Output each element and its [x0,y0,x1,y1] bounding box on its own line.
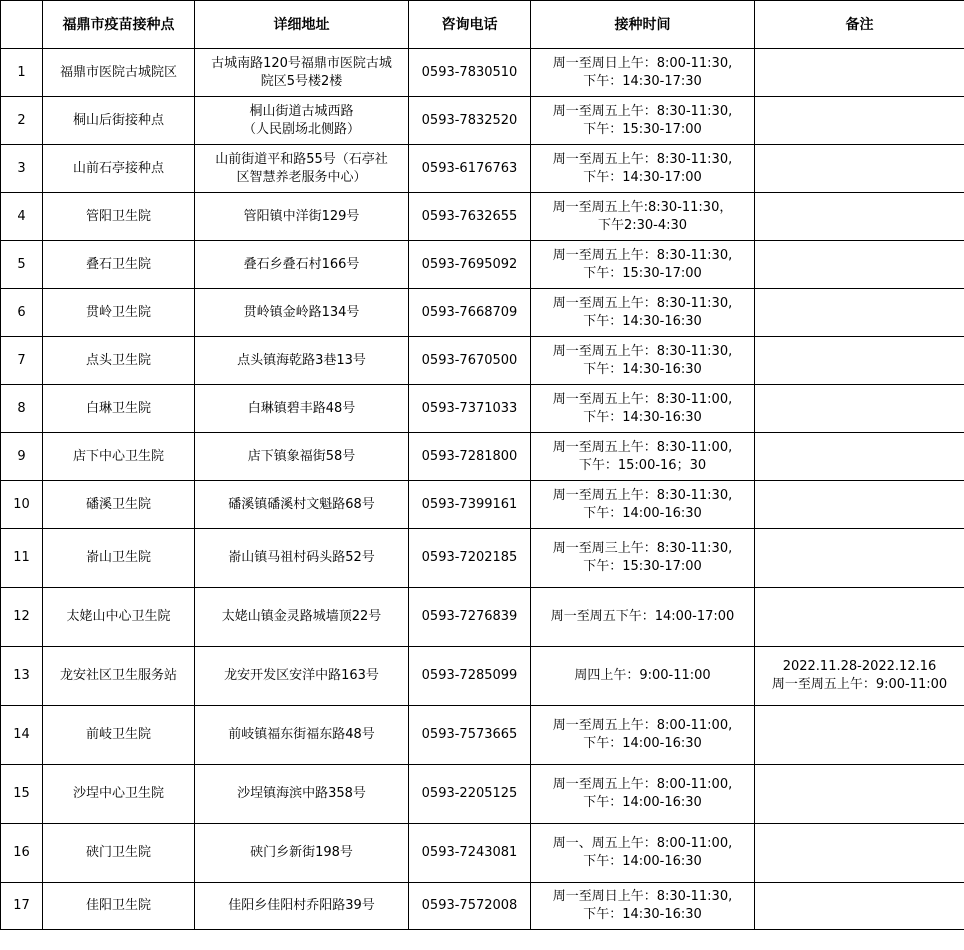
cell-time: 周一至周五上午：8:30-11:30,下午：14:30-16:30 [531,337,755,385]
cell-site: 管阳卫生院 [43,193,195,241]
cell-phone: 0593-7832520 [409,97,531,145]
cell-address-line-1: 桐山街道古城西路 [198,103,405,121]
cell-time: 周一至周五上午：8:30-11:00,下午：14:30-16:30 [531,385,755,433]
table-row: 13龙安社区卫生服务站龙安开发区安洋中路163号0593-7285099周四上午… [1,647,964,706]
cell-time: 周一至周五上午：8:30-11:30,下午：15:30-17:00 [531,241,755,289]
cell-address-line-1: 太姥山镇金灵路城墙顶22号 [198,608,405,626]
cell-address: 点头镇海乾路3巷13号 [195,337,409,385]
table-row: 6贯岭卫生院贯岭镇金岭路134号0593-7668709周一至周五上午：8:30… [1,289,964,337]
cell-site: 桐山后街接种点 [43,97,195,145]
cell-phone-line-1: 0593-7285099 [412,667,527,685]
cell-phone-line-1: 0593-7281800 [412,448,527,466]
cell-phone: 0593-7399161 [409,481,531,529]
cell-address-line-1: 点头镇海乾路3巷13号 [198,352,405,370]
cell-address: 古城南路120号福鼎市医院古城院区5号楼2楼 [195,49,409,97]
cell-index: 8 [1,385,43,433]
cell-address-line-1: 嵛山镇马祖村码头路52号 [198,549,405,567]
cell-note [755,145,964,193]
cell-index: 15 [1,765,43,824]
cell-site-line-1: 桐山后街接种点 [46,112,191,130]
cell-site-line-1: 点头卫生院 [46,352,191,370]
header-index [1,1,43,49]
cell-index-line-1: 7 [4,352,39,370]
cell-address-line-2: 区智慧养老服务中心） [198,169,405,187]
cell-note [755,883,964,930]
cell-index: 16 [1,824,43,883]
cell-address-line-1: 沙埕镇海滨中路358号 [198,785,405,803]
table-row: 8白琳卫生院白琳镇碧丰路48号0593-7371033周一至周五上午：8:30-… [1,385,964,433]
cell-phone-line-1: 0593-7573665 [412,726,527,744]
cell-index: 17 [1,883,43,930]
cell-time-line-1: 周一至周五上午：8:30-11:30, [534,343,751,361]
cell-index-line-1: 10 [4,496,39,514]
cell-index: 4 [1,193,43,241]
cell-index: 2 [1,97,43,145]
table-row: 2桐山后街接种点桐山街道古城西路（人民剧场北侧路）0593-7832520周一至… [1,97,964,145]
cell-phone-line-1: 0593-7830510 [412,64,527,82]
cell-site-line-1: 叠石卫生院 [46,256,191,274]
cell-address: 龙安开发区安洋中路163号 [195,647,409,706]
table-row: 10磻溪卫生院磻溪镇磻溪村文魁路68号0593-7399161周一至周五上午：8… [1,481,964,529]
cell-phone: 0593-6176763 [409,145,531,193]
table-row: 3山前石亭接种点山前街道平和路55号（石亭社区智慧养老服务中心）0593-617… [1,145,964,193]
cell-note [755,289,964,337]
cell-site-line-1: 山前石亭接种点 [46,160,191,178]
cell-address: 硖门乡新街198号 [195,824,409,883]
cell-time: 周一、周五上午：8:00-11:00,下午：14:00-16:30 [531,824,755,883]
cell-time-line-1: 周一至周五上午：8:30-11:30, [534,295,751,313]
cell-time: 周一至周五上午：8:00-11:00,下午：14:00-16:30 [531,765,755,824]
header-time: 接种时间 [531,1,755,49]
cell-note [755,765,964,824]
cell-site-line-1: 白琳卫生院 [46,400,191,418]
cell-note [755,97,964,145]
table-body: 1福鼎市医院古城院区古城南路120号福鼎市医院古城院区5号楼2楼0593-783… [1,49,964,930]
cell-phone: 0593-7202185 [409,529,531,588]
cell-time-line-1: 周一、周五上午：8:00-11:00, [534,835,751,853]
cell-site-line-1: 嵛山卫生院 [46,549,191,567]
table-row: 7点头卫生院点头镇海乾路3巷13号0593-7670500周一至周五上午：8:3… [1,337,964,385]
cell-site: 磻溪卫生院 [43,481,195,529]
cell-time: 周一至周五上午:8:30-11:30，下午2:30-4:30 [531,193,755,241]
cell-phone-line-1: 0593-7668709 [412,304,527,322]
cell-time-line-2: 下午：15:30-17:00 [534,121,751,139]
cell-phone-line-1: 0593-7670500 [412,352,527,370]
cell-index-line-1: 13 [4,667,39,685]
cell-index-line-1: 3 [4,160,39,178]
cell-address-line-2: 院区5号楼2楼 [198,73,405,91]
table-row: 1福鼎市医院古城院区古城南路120号福鼎市医院古城院区5号楼2楼0593-783… [1,49,964,97]
cell-phone-line-1: 0593-7572008 [412,897,527,915]
cell-index: 9 [1,433,43,481]
cell-site-line-1: 龙安社区卫生服务站 [46,667,191,685]
cell-site-line-1: 管阳卫生院 [46,208,191,226]
cell-time-line-1: 周一至周日上午：8:30-11:30, [534,888,751,906]
cell-time-line-1: 周一至周五上午：8:30-11:30, [534,487,751,505]
cell-phone: 0593-7285099 [409,647,531,706]
cell-time-line-2: 下午：14:30-16:30 [534,313,751,331]
cell-note [755,588,964,647]
vaccination-sites-table: 福鼎市疫苗接种点 详细地址 咨询电话 接种时间 备注 1福鼎市医院古城院区古城南… [0,0,964,930]
cell-time-line-2: 下午：14:00-16:30 [534,505,751,523]
cell-site: 贯岭卫生院 [43,289,195,337]
table-row: 9店下中心卫生院店下镇象福街58号0593-7281800周一至周五上午：8:3… [1,433,964,481]
cell-address: 太姥山镇金灵路城墙顶22号 [195,588,409,647]
cell-address-line-2: （人民剧场北侧路） [198,121,405,139]
cell-index-line-1: 9 [4,448,39,466]
cell-time: 周一至周日上午：8:00-11:30,下午：14:30-17:30 [531,49,755,97]
cell-site: 硖门卫生院 [43,824,195,883]
table-row: 5叠石卫生院叠石乡叠石村166号0593-7695092周一至周五上午：8:30… [1,241,964,289]
header-site: 福鼎市疫苗接种点 [43,1,195,49]
cell-index-line-1: 1 [4,64,39,82]
cell-phone-line-1: 0593-7202185 [412,549,527,567]
cell-site-line-1: 佳阳卫生院 [46,897,191,915]
cell-phone: 0593-7670500 [409,337,531,385]
cell-time-line-2: 下午：14:30-17:00 [534,169,751,187]
cell-site-line-1: 沙埕中心卫生院 [46,785,191,803]
cell-phone-line-1: 0593-7832520 [412,112,527,130]
cell-address-line-1: 贯岭镇金岭路134号 [198,304,405,322]
cell-address: 沙埕镇海滨中路358号 [195,765,409,824]
cell-index-line-1: 14 [4,726,39,744]
cell-time-line-2: 下午：14:30-17:30 [534,73,751,91]
cell-time-line-1: 周一至周日上午：8:00-11:30, [534,55,751,73]
cell-address: 白琳镇碧丰路48号 [195,385,409,433]
cell-time-line-1: 周一至周三上午：8:30-11:30, [534,540,751,558]
cell-index-line-1: 15 [4,785,39,803]
cell-site-line-1: 前岐卫生院 [46,726,191,744]
cell-time-line-2: 下午：14:00-16:30 [534,853,751,871]
cell-address-line-1: 管阳镇中洋街129号 [198,208,405,226]
table-row: 14前岐卫生院前岐镇福东街福东路48号0593-7573665周一至周五上午：8… [1,706,964,765]
header-phone: 咨询电话 [409,1,531,49]
cell-time-line-2: 下午：15:00-16；30 [534,457,751,475]
cell-time: 周一至周日上午：8:30-11:30,下午：14:30-16:30 [531,883,755,930]
cell-index: 6 [1,289,43,337]
cell-site: 店下中心卫生院 [43,433,195,481]
cell-address: 前岐镇福东街福东路48号 [195,706,409,765]
cell-note [755,529,964,588]
cell-note [755,481,964,529]
cell-address-line-1: 硖门乡新街198号 [198,844,405,862]
cell-address: 磻溪镇磻溪村文魁路68号 [195,481,409,529]
cell-address-line-1: 磻溪镇磻溪村文魁路68号 [198,496,405,514]
cell-index-line-1: 2 [4,112,39,130]
cell-note [755,433,964,481]
cell-address-line-1: 古城南路120号福鼎市医院古城 [198,55,405,73]
cell-site: 点头卫生院 [43,337,195,385]
cell-phone-line-1: 0593-7276839 [412,608,527,626]
cell-address-line-1: 店下镇象福街58号 [198,448,405,466]
header-note: 备注 [755,1,964,49]
cell-time-line-2: 下午：15:30-17:00 [534,558,751,576]
cell-phone: 0593-7668709 [409,289,531,337]
cell-address: 店下镇象福街58号 [195,433,409,481]
cell-site-line-1: 硖门卫生院 [46,844,191,862]
cell-note [755,49,964,97]
cell-time: 周一至周五上午：8:00-11:00,下午：14:00-16:30 [531,706,755,765]
cell-phone-line-1: 0593-7371033 [412,400,527,418]
cell-index: 5 [1,241,43,289]
cell-site: 白琳卫生院 [43,385,195,433]
cell-phone: 0593-7281800 [409,433,531,481]
cell-time-line-2: 下午：14:30-16:30 [534,906,751,924]
cell-site-line-1: 店下中心卫生院 [46,448,191,466]
cell-site: 沙埕中心卫生院 [43,765,195,824]
cell-time-line-1: 周四上午：9:00-11:00 [534,667,751,685]
cell-time-line-2: 下午：14:30-16:30 [534,361,751,379]
cell-index-line-1: 4 [4,208,39,226]
cell-index: 10 [1,481,43,529]
cell-site-line-1: 太姥山中心卫生院 [46,608,191,626]
cell-time-line-2: 下午2:30-4:30 [534,217,751,235]
cell-time-line-1: 周一至周五上午：8:30-11:30, [534,151,751,169]
cell-address-line-1: 佳阳乡佳阳村乔阳路39号 [198,897,405,915]
cell-phone-line-1: 0593-6176763 [412,160,527,178]
cell-index: 7 [1,337,43,385]
cell-site-line-1: 磻溪卫生院 [46,496,191,514]
cell-address: 嵛山镇马祖村码头路52号 [195,529,409,588]
cell-note [755,337,964,385]
cell-site: 叠石卫生院 [43,241,195,289]
cell-address: 佳阳乡佳阳村乔阳路39号 [195,883,409,930]
cell-index-line-1: 11 [4,549,39,567]
cell-time: 周一至周五下午：14:00-17:00 [531,588,755,647]
cell-phone-line-1: 0593-7695092 [412,256,527,274]
cell-phone-line-1: 0593-7632655 [412,208,527,226]
cell-site: 山前石亭接种点 [43,145,195,193]
cell-phone-line-1: 0593-7243081 [412,844,527,862]
cell-note: 2022.11.28-2022.12.16周一至周五上午：9:00-11:00 [755,647,964,706]
cell-note [755,824,964,883]
cell-note [755,385,964,433]
cell-site: 佳阳卫生院 [43,883,195,930]
cell-address-line-1: 前岐镇福东街福东路48号 [198,726,405,744]
cell-site-line-1: 贯岭卫生院 [46,304,191,322]
table-row: 12太姥山中心卫生院太姥山镇金灵路城墙顶22号0593-7276839周一至周五… [1,588,964,647]
cell-phone: 0593-7276839 [409,588,531,647]
cell-index: 12 [1,588,43,647]
cell-site: 龙安社区卫生服务站 [43,647,195,706]
cell-phone-line-1: 0593-2205125 [412,785,527,803]
cell-site: 福鼎市医院古城院区 [43,49,195,97]
cell-site: 嵛山卫生院 [43,529,195,588]
header-row: 福鼎市疫苗接种点 详细地址 咨询电话 接种时间 备注 [1,1,964,49]
cell-address: 山前街道平和路55号（石亭社区智慧养老服务中心） [195,145,409,193]
cell-address: 管阳镇中洋街129号 [195,193,409,241]
cell-address: 贯岭镇金岭路134号 [195,289,409,337]
cell-index-line-1: 5 [4,256,39,274]
cell-site: 太姥山中心卫生院 [43,588,195,647]
cell-time-line-1: 周一至周五上午：8:00-11:00, [534,776,751,794]
cell-time-line-1: 周一至周五上午：8:30-11:00, [534,391,751,409]
cell-note [755,193,964,241]
cell-phone: 0593-2205125 [409,765,531,824]
cell-time-line-2: 下午：15:30-17:00 [534,265,751,283]
cell-time-line-1: 周一至周五上午:8:30-11:30， [534,199,751,217]
cell-phone: 0593-7573665 [409,706,531,765]
cell-address: 桐山街道古城西路（人民剧场北侧路） [195,97,409,145]
header-address: 详细地址 [195,1,409,49]
cell-address-line-1: 山前街道平和路55号（石亭社 [198,151,405,169]
cell-note-line-2: 周一至周五上午：9:00-11:00 [758,676,961,694]
cell-address-line-1: 龙安开发区安洋中路163号 [198,667,405,685]
cell-phone: 0593-7830510 [409,49,531,97]
cell-time-line-2: 下午：14:00-16:30 [534,735,751,753]
cell-index: 14 [1,706,43,765]
cell-time-line-1: 周一至周五上午：8:30-11:30, [534,247,751,265]
cell-index-line-1: 12 [4,608,39,626]
cell-note [755,706,964,765]
cell-phone: 0593-7572008 [409,883,531,930]
cell-time-line-1: 周一至周五上午：8:30-11:30, [534,103,751,121]
cell-note-line-1: 2022.11.28-2022.12.16 [758,658,961,676]
cell-index-line-1: 6 [4,304,39,322]
cell-time-line-1: 周一至周五下午：14:00-17:00 [534,608,751,626]
cell-phone: 0593-7371033 [409,385,531,433]
cell-index: 11 [1,529,43,588]
cell-index-line-1: 8 [4,400,39,418]
cell-time: 周一至周三上午：8:30-11:30,下午：15:30-17:00 [531,529,755,588]
cell-time: 周一至周五上午：8:30-11:00,下午：15:00-16；30 [531,433,755,481]
table-row: 4管阳卫生院管阳镇中洋街129号0593-7632655周一至周五上午:8:30… [1,193,964,241]
cell-address-line-1: 叠石乡叠石村166号 [198,256,405,274]
table-row: 16硖门卫生院硖门乡新街198号0593-7243081周一、周五上午：8:00… [1,824,964,883]
cell-time: 周一至周五上午：8:30-11:30,下午：15:30-17:00 [531,97,755,145]
cell-index-line-1: 16 [4,844,39,862]
table-row: 11嵛山卫生院嵛山镇马祖村码头路52号0593-7202185周一至周三上午：8… [1,529,964,588]
cell-time-line-1: 周一至周五上午：8:30-11:00, [534,439,751,457]
cell-phone: 0593-7243081 [409,824,531,883]
table-row: 17佳阳卫生院佳阳乡佳阳村乔阳路39号0593-7572008周一至周日上午：8… [1,883,964,930]
cell-time-line-1: 周一至周五上午：8:00-11:00, [534,717,751,735]
cell-time: 周一至周五上午：8:30-11:30,下午：14:00-16:30 [531,481,755,529]
cell-address: 叠石乡叠石村166号 [195,241,409,289]
cell-time-line-2: 下午：14:00-16:30 [534,794,751,812]
cell-phone: 0593-7632655 [409,193,531,241]
cell-phone: 0593-7695092 [409,241,531,289]
cell-address-line-1: 白琳镇碧丰路48号 [198,400,405,418]
cell-time: 周四上午：9:00-11:00 [531,647,755,706]
cell-note [755,241,964,289]
cell-index: 3 [1,145,43,193]
cell-site: 前岐卫生院 [43,706,195,765]
cell-index: 1 [1,49,43,97]
cell-site-line-1: 福鼎市医院古城院区 [46,64,191,82]
cell-index-line-1: 17 [4,897,39,915]
cell-phone-line-1: 0593-7399161 [412,496,527,514]
cell-time: 周一至周五上午：8:30-11:30,下午：14:30-16:30 [531,289,755,337]
cell-time: 周一至周五上午：8:30-11:30,下午：14:30-17:00 [531,145,755,193]
cell-index: 13 [1,647,43,706]
cell-time-line-2: 下午：14:30-16:30 [534,409,751,427]
table-row: 15沙埕中心卫生院沙埕镇海滨中路358号0593-2205125周一至周五上午：… [1,765,964,824]
